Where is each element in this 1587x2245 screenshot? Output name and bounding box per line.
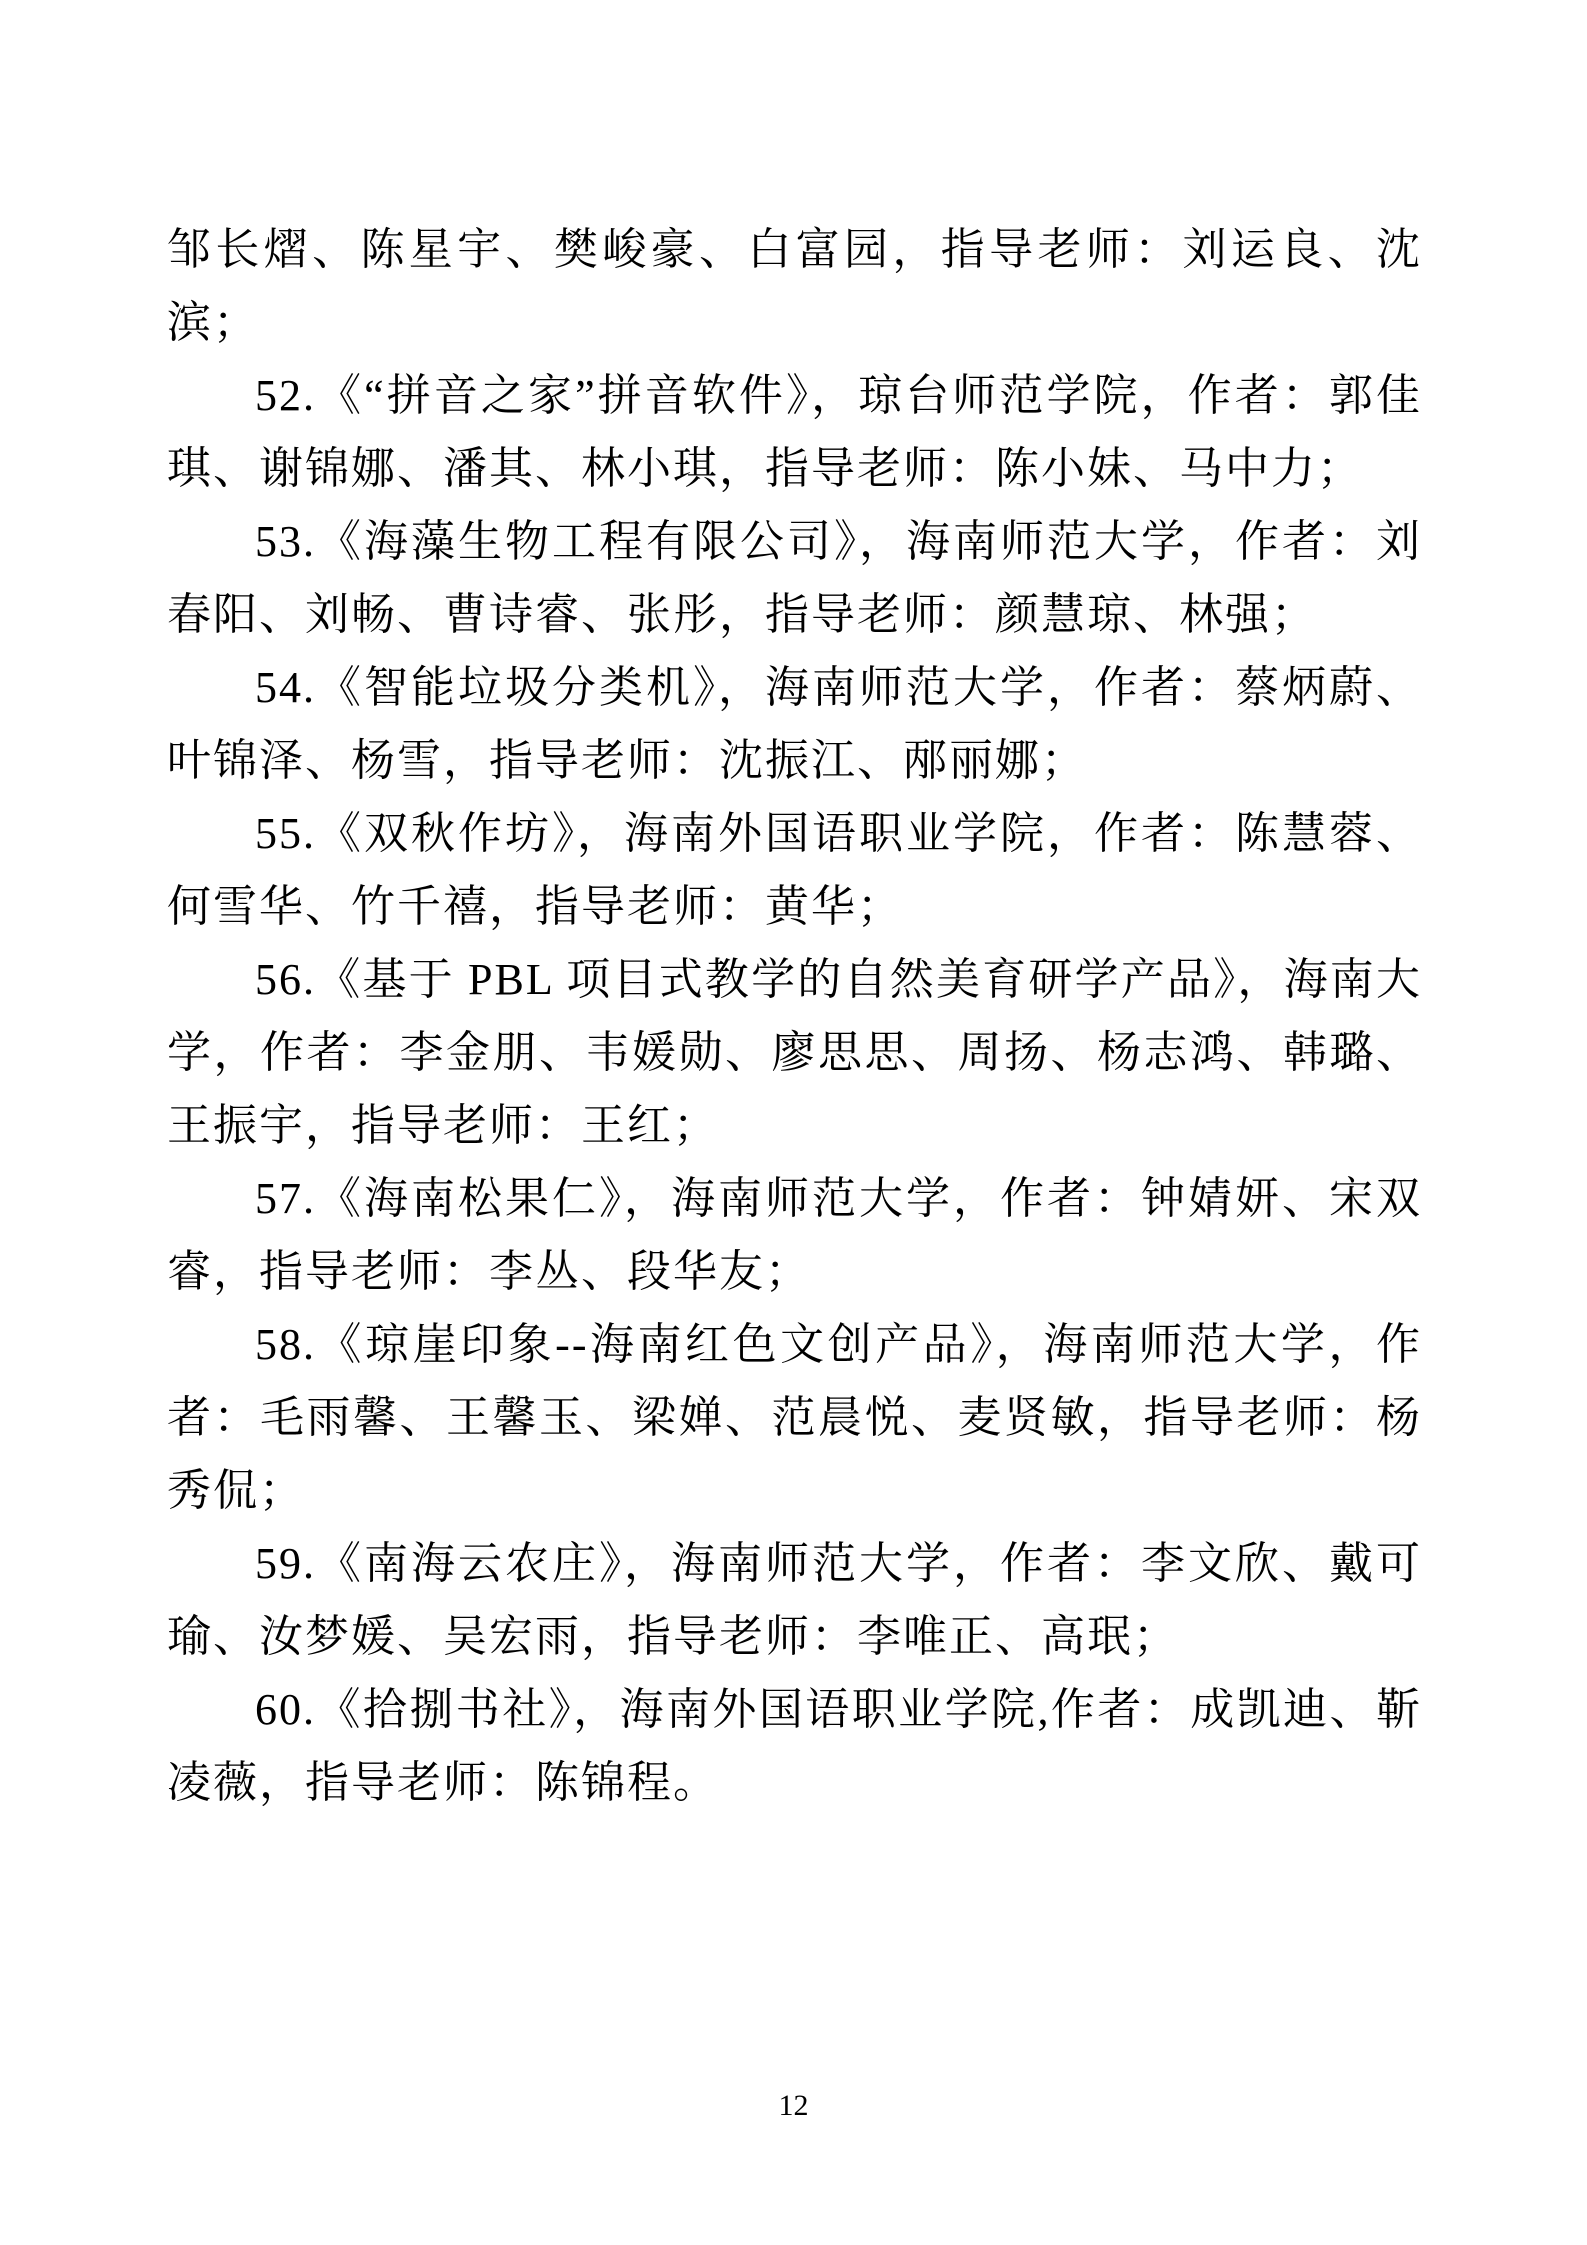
document-page: 邹长熠、陈星宇、樊峻豪、白富园，指导老师：刘运良、沈滨； 52.《“拼音之家”拼… [0, 0, 1587, 2245]
entry-60: 60.《拾捌书社》，海南外国语职业学院,作者：成凯迪、靳凌薇，指导老师：陈锦程。 [167, 1673, 1422, 1819]
entry-53: 53.《海藻生物工程有限公司》，海南师范大学，作者：刘春阳、刘畅、曹诗睿、张彤，… [167, 505, 1422, 651]
entry-list: 52.《“拼音之家”拼音软件》，琼台师范学院，作者：郭佳琪、谢锦娜、潘其、林小琪… [167, 359, 1422, 1819]
entry-54: 54.《智能垃圾分类机》，海南师范大学，作者：蔡炳蔚、叶锦泽、杨雪，指导老师：沈… [167, 651, 1422, 797]
continuation-paragraph: 邹长熠、陈星宇、樊峻豪、白富园，指导老师：刘运良、沈滨； [167, 213, 1422, 359]
entry-58: 58.《琼崖印象--海南红色文创产品》，海南师范大学，作者：毛雨馨、王馨玉、梁婵… [167, 1308, 1422, 1527]
page-number: 12 [779, 2089, 809, 2122]
entry-52: 52.《“拼音之家”拼音软件》，琼台师范学院，作者：郭佳琪、谢锦娜、潘其、林小琪… [167, 359, 1422, 505]
entry-56: 56.《基于 PBL 项目式教学的自然美育研学产品》，海南大学，作者：李金朋、韦… [167, 943, 1422, 1162]
entry-59: 59.《南海云农庄》，海南师范大学，作者：李文欣、戴可瑜、汝梦媛、吴宏雨，指导老… [167, 1527, 1422, 1673]
award-list: 邹长熠、陈星宇、樊峻豪、白富园，指导老师：刘运良、沈滨； 52.《“拼音之家”拼… [167, 213, 1422, 1819]
entry-55: 55.《双秋作坊》，海南外国语职业学院，作者：陈慧蓉、何雪华、竹千禧，指导老师：… [167, 797, 1422, 943]
page-footer: 12 [0, 2089, 1587, 2123]
entry-57: 57.《海南松果仁》，海南师范大学，作者：钟婧妍、宋双睿，指导老师：李丛、段华友… [167, 1162, 1422, 1308]
